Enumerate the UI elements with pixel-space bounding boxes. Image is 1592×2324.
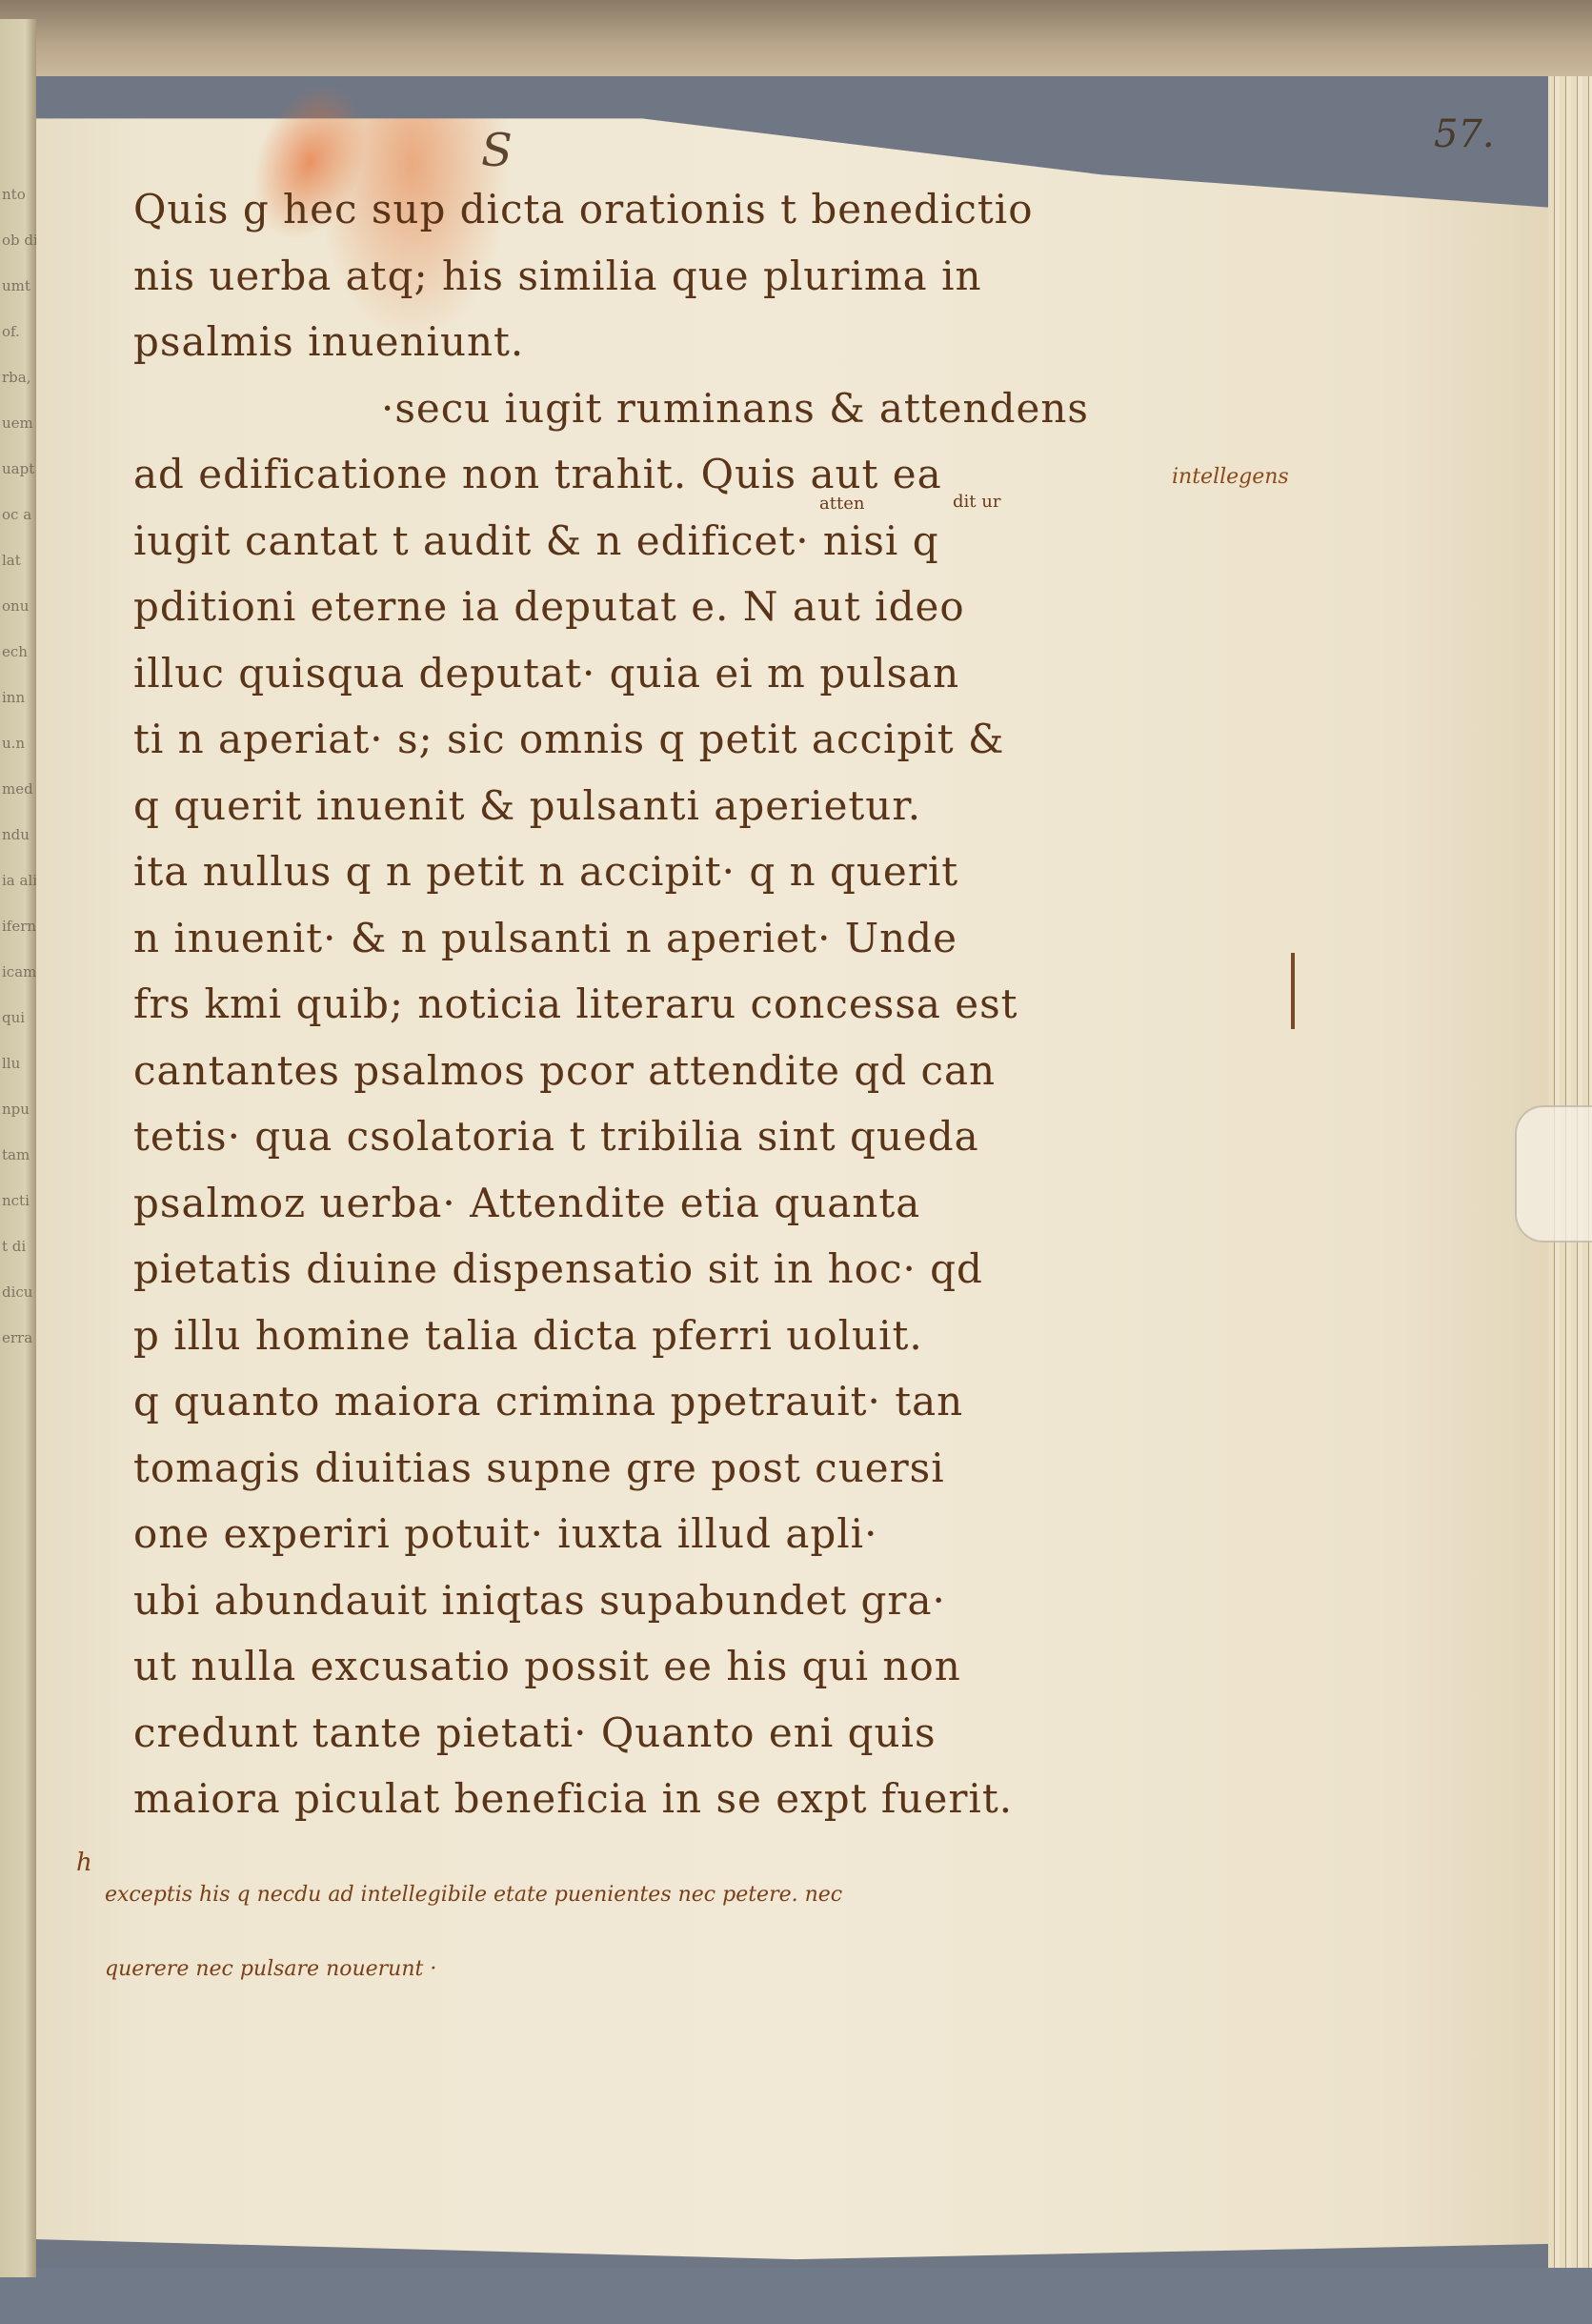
text-line: ubi abundauit iniqtas supabundet gra· — [133, 1567, 1258, 1634]
facing-page-fragment: llu — [2, 1041, 36, 1086]
text-line: ·secu iugit ruminans & attendens — [133, 375, 1258, 442]
facing-page-fragment: ncti — [2, 1178, 36, 1223]
facing-page-fragment: oc a — [2, 492, 36, 537]
footnote-marker: h — [76, 1849, 92, 1877]
text-line: ita nullus q n petit n accipit· q n quer… — [133, 839, 1258, 905]
facing-page-fragment: of. — [2, 309, 36, 354]
facing-page-fragment: ob di — [2, 217, 36, 263]
facing-page-fragment: lat — [2, 537, 36, 583]
text-line: tomagis diuitias supne gre post cuersi — [133, 1435, 1258, 1502]
text-line: nis uerba atq; his similia que plurima i… — [133, 243, 1258, 310]
margin-gloss: intellegens — [1172, 465, 1289, 489]
facing-page-fragment: ia ali — [2, 858, 36, 903]
text-line: pditioni eterne ia deputat e. N aut ideo — [133, 574, 1258, 640]
facing-page-fragment: uapt — [2, 446, 36, 492]
text-line: q quanto maiora crimina ppetrauit· tan — [133, 1368, 1258, 1435]
photo-background — [0, 2268, 1592, 2324]
footnote-block: h exceptis his q necdu ad intellegibile … — [76, 1858, 1277, 2007]
facing-page-edge: ntoob diumtof.rba,uemuaptoc alatonuechin… — [0, 19, 36, 2277]
text-line: credunt tante pietati· Quanto eni quis — [133, 1700, 1258, 1767]
facing-page-fragment: ndu — [2, 812, 36, 858]
facing-page-fragment: u.n — [2, 720, 36, 766]
facing-page-fragment: rba, — [2, 354, 36, 400]
text-line: ti n aperiat· s; sic omnis q petit accip… — [133, 706, 1258, 773]
text-line: psalmis inueniunt. — [133, 309, 1258, 375]
facing-page-fragment: umt — [2, 263, 36, 309]
text-line: one experiri potuit· iuxta illud apli· — [133, 1501, 1258, 1567]
facing-page-fragment: qui — [2, 995, 36, 1041]
text-line: tetis· qua csolatoria t tribilia sint qu… — [133, 1103, 1258, 1170]
text-line: psalmoz uerba· Attendite etia quanta — [133, 1170, 1258, 1237]
facing-page-fragment: inn — [2, 675, 36, 720]
text-line: frs kmi quib; noticia literaru concessa … — [133, 971, 1258, 1038]
footnote-line: exceptis his q necdu ad intellegibile et… — [76, 1858, 1277, 1932]
facing-page-fragment: npu — [2, 1086, 36, 1132]
text-line: q querit inuenit & pulsanti aperietur. — [133, 773, 1258, 839]
text-line: Quis g hec sup dicta orationis t benedic… — [133, 176, 1258, 243]
text-line: ad edificatione non trahit. Quis aut ea — [133, 441, 1258, 508]
facing-page-fragment: tam — [2, 1132, 36, 1178]
page-clip-tab — [1515, 1105, 1592, 1243]
main-text-block: Quis g hec sup dicta orationis t benedic… — [133, 176, 1258, 1832]
folio-number: 57. — [1434, 112, 1495, 156]
facing-page-fragment: onu — [2, 583, 36, 629]
text-line: illuc quisqua deputat· quia ei m pulsan — [133, 640, 1258, 707]
text-line: n inuenit· & n pulsanti n aperiet· Unde — [133, 905, 1258, 972]
facing-page-fragments: ntoob diumtof.rba,uemuaptoc alatonuechin… — [0, 19, 36, 1361]
facing-page-fragment: erra — [2, 1315, 36, 1361]
facing-page-fragment: ifern — [2, 903, 36, 949]
facing-page-fragment: nto — [2, 172, 36, 217]
text-line: iugit cantat t audit & n edificet· nisi … — [133, 508, 1258, 575]
interlinear-gloss: atten — [819, 494, 864, 514]
text-line: maiora piculat beneficia in se expt fuer… — [133, 1766, 1258, 1832]
interlinear-gloss: dit ur — [953, 492, 1000, 512]
book-cover-top — [0, 0, 1592, 76]
text-line: p illu homine talia dicta pferri uoluit. — [133, 1303, 1258, 1369]
footnote-line: querere nec pulsare nouerunt · — [76, 1932, 1277, 2007]
insertion-mark: S — [481, 124, 513, 177]
text-line: cantantes psalmos pcor attendite qd can — [133, 1038, 1258, 1104]
margin-mark — [1291, 953, 1295, 1029]
facing-page-fragment: med — [2, 766, 36, 812]
facing-page-fragment: t di — [2, 1223, 36, 1269]
text-line: pietatis diuine dispensatio sit in hoc· … — [133, 1236, 1258, 1303]
facing-page-fragment: ech — [2, 629, 36, 675]
text-line: ut nulla excusatio possit ee his qui non — [133, 1633, 1258, 1700]
facing-page-fragment: dicu — [2, 1269, 36, 1315]
facing-page-fragment: uem — [2, 400, 36, 446]
facing-page-fragment: icam — [2, 949, 36, 995]
